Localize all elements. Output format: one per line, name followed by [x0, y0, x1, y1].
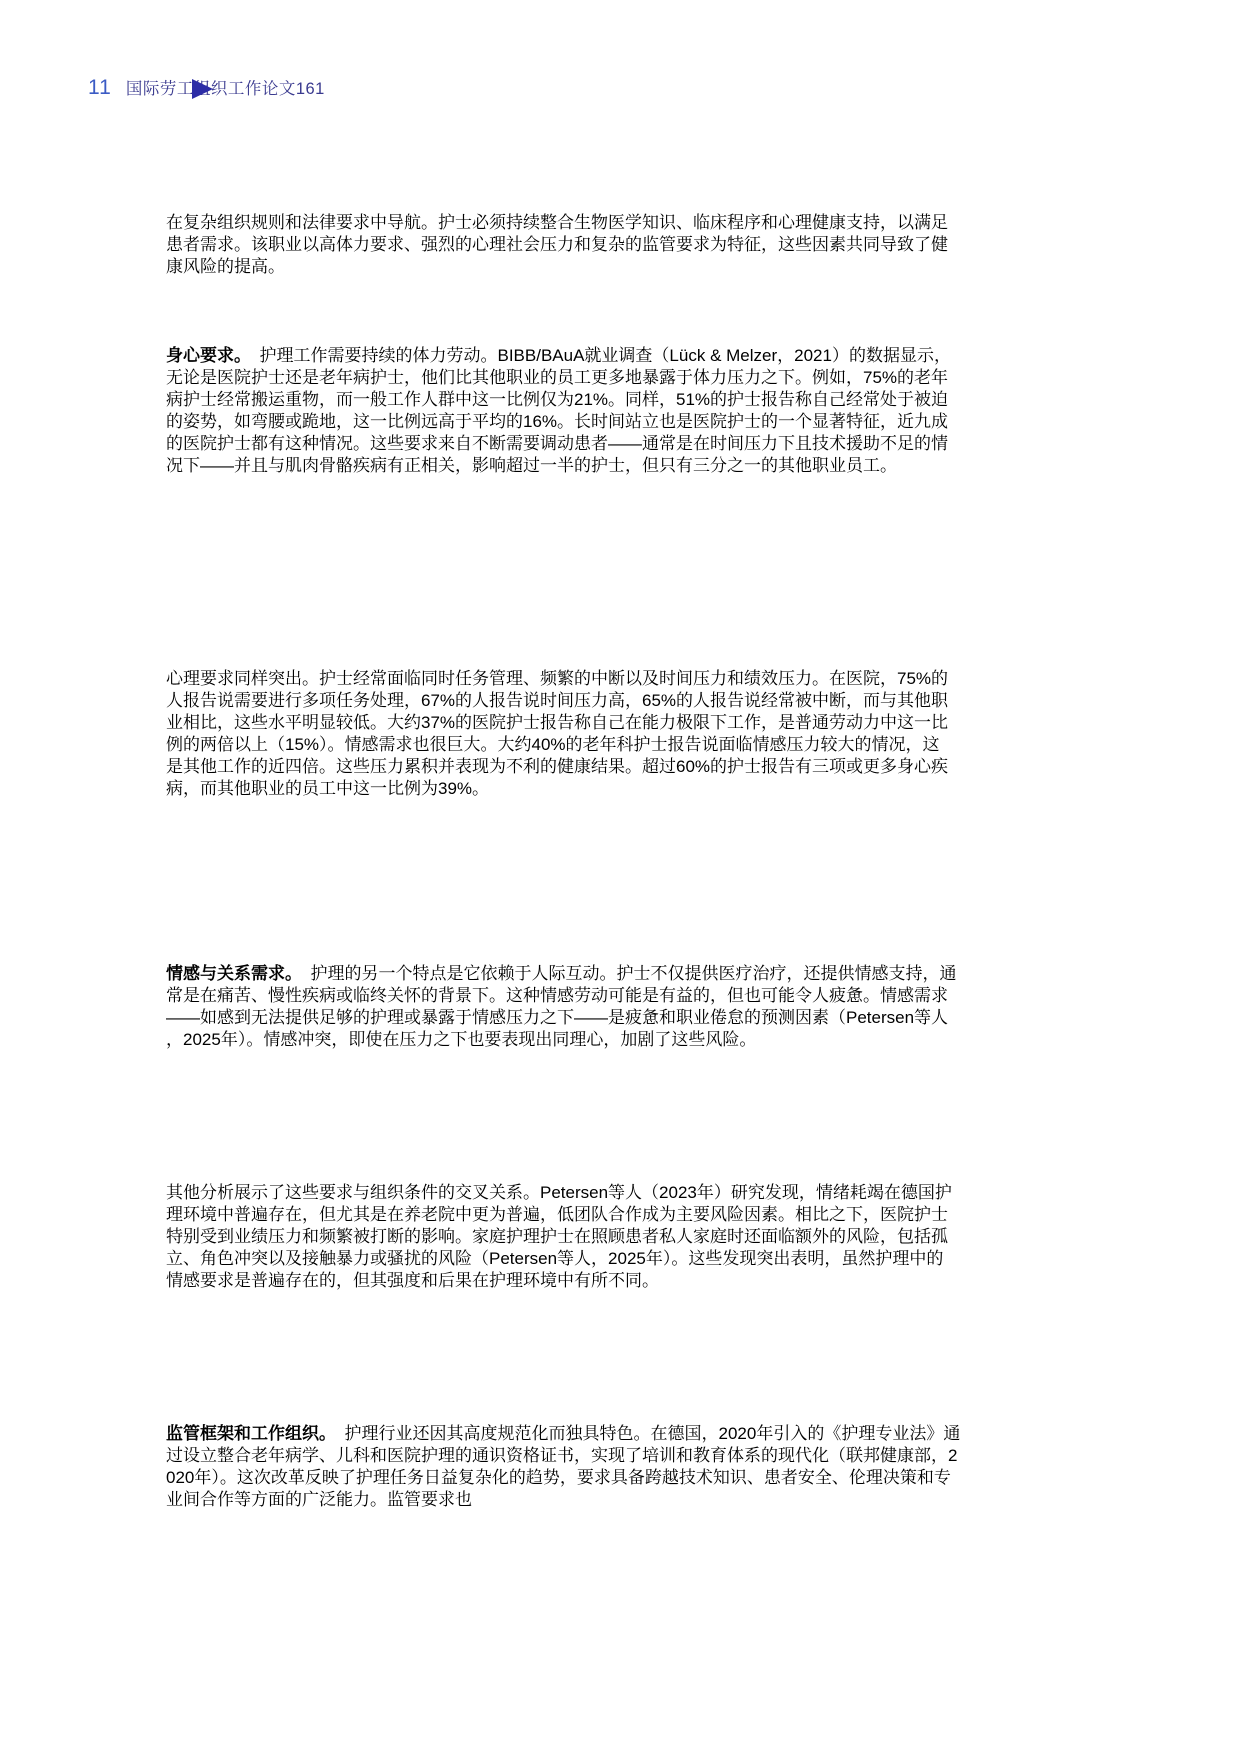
paragraph-intro: 在复杂组织规则和法律要求中导航。护士必须持续整合生物医学知识、临床程序和心理健康… [166, 212, 996, 278]
paragraph-text: 其他分析展示了这些要求与组织条件的交叉关系。Petersen等人（2023年）研… [166, 1183, 952, 1290]
page-number: 11 [88, 76, 112, 100]
paragraph-emotional-demands: 情感与关系需求。 护理的另一个特点是它依赖于人际互动。护士不仅提供医疗治疗，还提… [166, 963, 996, 1051]
paragraph-text: 在复杂组织规则和法律要求中导航。护士必须持续整合生物医学知识、临床程序和心理健康… [166, 213, 948, 276]
paragraph-physical-demands: 身心要求。 护理工作需要持续的体力劳动。BIBB/BAuA就业调查（Lück &… [166, 345, 996, 477]
paragraph-regulatory-framework: 监管框架和工作组织。 护理行业还因其高度规范化而独具特色。在德国，2020年引入… [166, 1423, 996, 1511]
triangle-right-icon [192, 79, 213, 99]
paragraph-psychological-demands: 心理要求同样突出。护士经常面临同时任务管理、频繁的中断以及时间压力和绩效压力。在… [166, 668, 996, 800]
paragraph-cross-analysis: 其他分析展示了这些要求与组织条件的交叉关系。Petersen等人（2023年）研… [166, 1182, 996, 1292]
section-lead: 监管框架和工作组织。 [166, 1424, 328, 1443]
doc-title: 国际劳工组织工作论文161 [126, 77, 325, 101]
section-lead: 情感与关系需求。 [166, 964, 294, 983]
document-page: 11 国际劳工组织工作论文161 在复杂组织规则和法律要求中导航。护士必须持续整… [0, 0, 1240, 1754]
section-lead: 身心要求。 [166, 346, 243, 365]
paragraph-text: 心理要求同样突出。护士经常面临同时任务管理、频繁的中断以及时间压力和绩效压力。在… [166, 669, 948, 798]
paragraph-text: 护理工作需要持续的体力劳动。BIBB/BAuA就业调查（Lück & Melze… [166, 346, 951, 475]
